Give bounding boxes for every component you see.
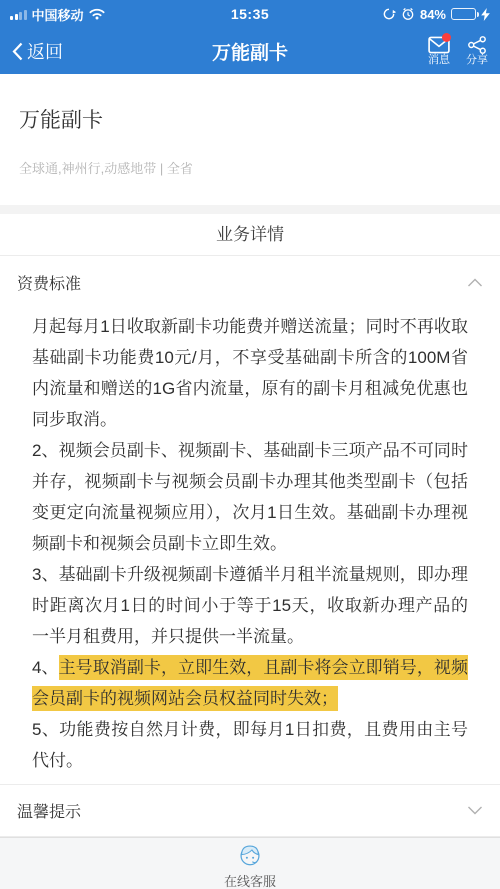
business-detail-title: 业务详情 — [0, 214, 500, 256]
nav-bar: 万能副卡 返回 消息 — [0, 28, 500, 74]
clock-label: 15:35 — [180, 6, 320, 22]
status-left: 中国移动 — [10, 5, 180, 24]
tariff-paragraph: 5、功能费按自然月计费，即每月1日扣费，且费用由主号代付。 — [32, 714, 468, 776]
message-badge — [442, 33, 451, 42]
messages-label: 消息 — [428, 54, 450, 66]
status-right: 84% — [320, 7, 490, 22]
orientation-lock-icon — [382, 7, 396, 21]
product-header: 万能副卡 全球通,神州行,动感地带 | 全省 — [0, 74, 500, 205]
tariff-item4-prefix: 4、 — [32, 658, 59, 677]
share-button[interactable]: 分享 — [466, 36, 488, 66]
highlighted-text: 主号取消副卡，立即生效，且副卡将会立即销号，视频会员副卡的视频网站会员权益同时失… — [32, 655, 468, 711]
tips-title: 温馨提示 — [17, 799, 81, 822]
charging-bolt-icon — [481, 8, 490, 21]
share-label: 分享 — [466, 54, 488, 66]
messages-button[interactable]: 消息 — [428, 36, 450, 66]
status-bar: 中国移动 15:35 84% — [0, 0, 500, 28]
back-label: 返回 — [27, 38, 63, 64]
customer-service-icon — [236, 841, 264, 869]
battery-icon — [451, 8, 476, 20]
online-service-label: 在线客服 — [224, 871, 276, 889]
tariff-title: 资费标准 — [17, 271, 81, 294]
online-service-button[interactable]: 在线客服 — [0, 837, 500, 889]
tips-accordion-header[interactable]: 温馨提示 — [0, 784, 500, 837]
app-screen: 中国移动 15:35 84% 万能 — [0, 0, 500, 889]
tariff-paragraph-highlighted: 4、主号取消副卡，立即生效，且副卡将会立即销号，视频会员副卡的视频网站会员权益同… — [32, 652, 468, 714]
back-button[interactable]: 返回 — [12, 38, 63, 64]
signal-strength-icon — [10, 9, 27, 20]
product-subtitle: 全球通,神州行,动感地带 | 全省 — [19, 158, 481, 177]
tariff-paragraph: 月起每月1日收取新副卡功能费并赠送流量；同时不再收取基础副卡功能费10元/月，不… — [32, 311, 468, 435]
section-separator — [0, 205, 500, 214]
wifi-icon — [89, 8, 105, 20]
tariff-paragraph: 2、视频会员副卡、视频副卡、基础副卡三项产品不可同时并存，视频副卡与视频会员副卡… — [32, 435, 468, 559]
nav-actions: 消息 分享 — [428, 36, 488, 66]
tariff-content: 月起每月1日收取新副卡功能费并赠送流量；同时不再收取基础副卡功能费10元/月，不… — [0, 309, 500, 784]
page-nav-title: 万能副卡 — [0, 38, 500, 65]
tariff-accordion-header[interactable]: 资费标准 — [0, 256, 500, 309]
chevron-up-icon — [467, 278, 483, 287]
share-icon — [467, 36, 487, 54]
tariff-paragraph: 3、基础副卡升级视频副卡遵循半月租半流量规则，即办理时距离次月1日的时间小于等于… — [32, 559, 468, 652]
product-title: 万能副卡 — [19, 104, 481, 134]
alarm-clock-icon — [401, 7, 415, 21]
carrier-label: 中国移动 — [32, 5, 84, 24]
chevron-down-icon — [467, 806, 483, 815]
back-chevron-icon — [12, 42, 23, 61]
battery-percent-label: 84% — [420, 7, 446, 22]
